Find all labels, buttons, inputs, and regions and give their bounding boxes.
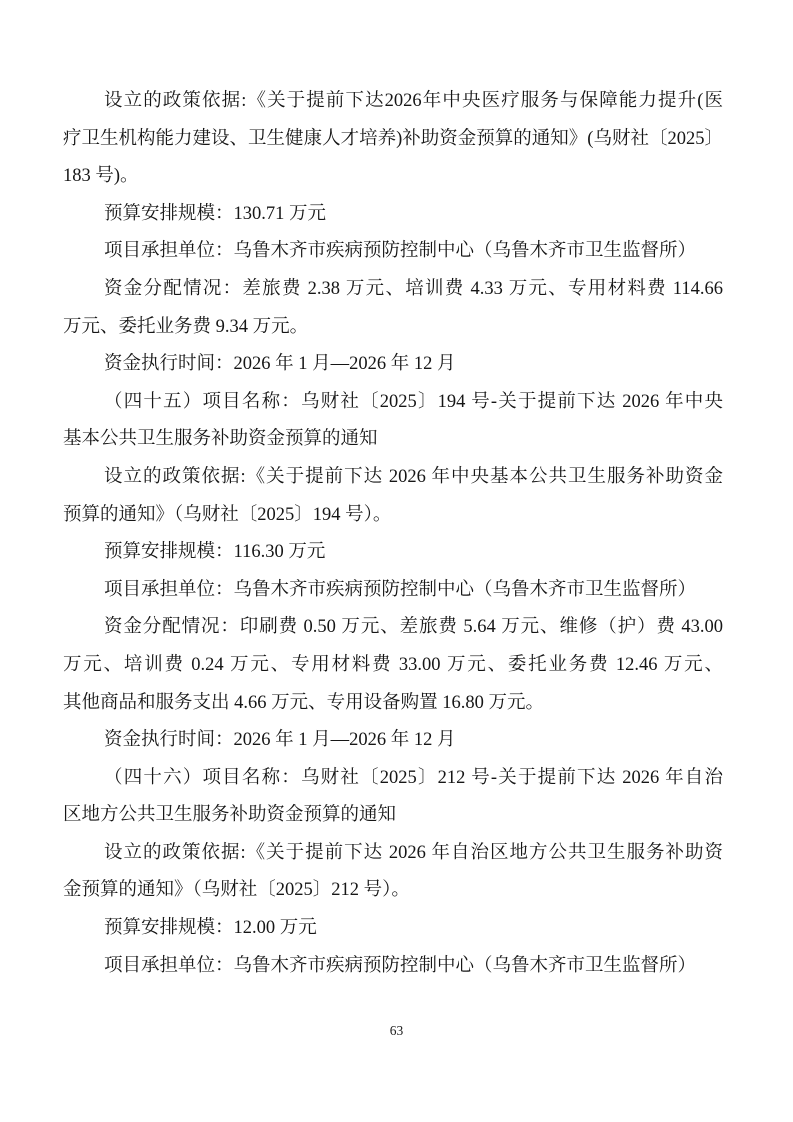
document-line: 预算安排规模：12.00 万元 [63,910,723,948]
document-line: （四十六）项目名称：乌财社〔2025〕212 号-关于提前下达 2026 年自治 [63,760,723,798]
document-line: 金预算的通知》（乌财社〔2025〕212 号）。 [63,872,723,910]
document-line: 183 号)。 [63,158,723,196]
document-line: 预算安排规模：130.71 万元 [63,196,723,234]
document-line: 资金分配情况：印刷费 0.50 万元、差旅费 5.64 万元、维修（护）费 43… [63,609,723,647]
page-number: 63 [390,1023,404,1038]
document-line: 基本公共卫生服务补助资金预算的通知 [63,421,723,459]
document-line: 万元、培训费 0.24 万元、专用材料费 33.00 万元、委托业务费 12.4… [63,647,723,685]
document-line: 预算安排规模：116.30 万元 [63,534,723,572]
document-line: 项目承担单位：乌鲁木齐市疾病预防控制中心（乌鲁木齐市卫生监督所） [63,948,723,986]
document-line: 设立的政策依据:《关于提前下达 2026 年自治区地方公共卫生服务补助资 [63,835,723,873]
document-line: 设立的政策依据:《关于提前下达 2026 年中央基本公共卫生服务补助资金 [63,459,723,497]
document-line: （四十五）项目名称：乌财社〔2025〕194 号-关于提前下达 2026 年中央 [63,384,723,422]
page-footer: 63 [0,1023,793,1039]
document-line: 设立的政策依据:《关于提前下达2026年中央医疗服务与保障能力提升(医 [63,83,723,121]
document-line: 资金分配情况：差旅费 2.38 万元、培训费 4.33 万元、专用材料费 114… [63,271,723,309]
document-line: 资金执行时间：2026 年 1 月—2026 年 12 月 [63,722,723,760]
document-line: 万元、委托业务费 9.34 万元。 [63,309,723,347]
document-line: 区地方公共卫生服务补助资金预算的通知 [63,797,723,835]
document-line: 资金执行时间：2026 年 1 月—2026 年 12 月 [63,346,723,384]
document-line: 项目承担单位：乌鲁木齐市疾病预防控制中心（乌鲁木齐市卫生监督所） [63,572,723,610]
document-line: 其他商品和服务支出 4.66 万元、专用设备购置 16.80 万元。 [63,685,723,723]
document-body: 设立的政策依据:《关于提前下达2026年中央医疗服务与保障能力提升(医 疗卫生机… [63,83,723,985]
document-line: 预算的通知》（乌财社〔2025〕194 号）。 [63,497,723,535]
document-line: 疗卫生机构能力建设、卫生健康人才培养)补助资金预算的通知》(乌财社〔2025〕 [63,121,723,159]
document-line: 项目承担单位：乌鲁木齐市疾病预防控制中心（乌鲁木齐市卫生监督所） [63,233,723,271]
document-page: 设立的政策依据:《关于提前下达2026年中央医疗服务与保障能力提升(医 疗卫生机… [0,0,793,1122]
